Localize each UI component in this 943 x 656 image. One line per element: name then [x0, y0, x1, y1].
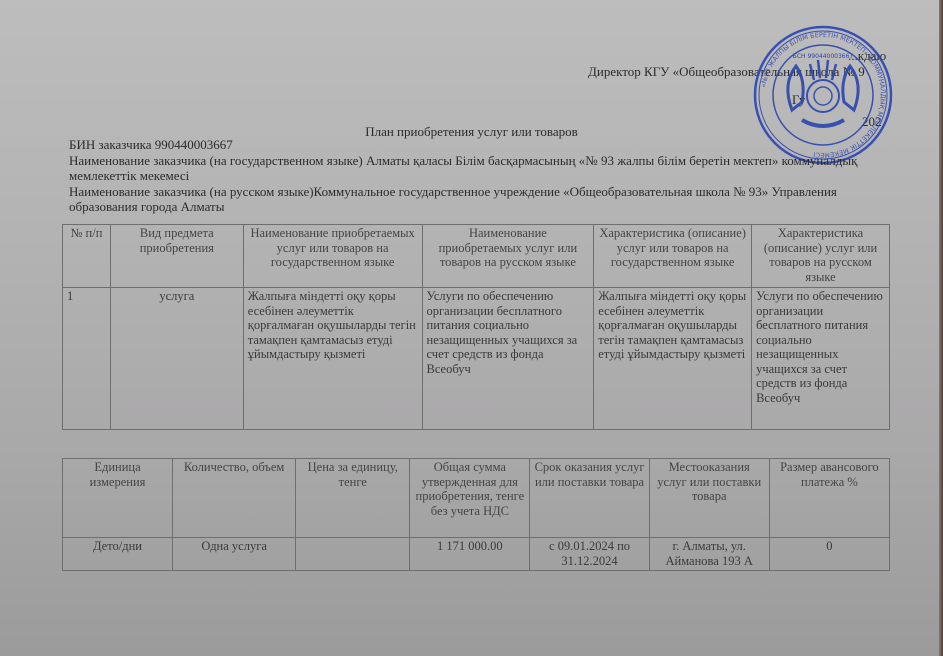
customer-name-state-language: Наименование заказчика (на государственн… — [69, 153, 889, 184]
table-row: 1 услуга Жалпыға міндетті оқу қоры есебі… — [63, 288, 890, 430]
header-unit: Единица измерения — [63, 459, 173, 538]
table-header-row: № п/п Вид предмета приобретения Наименов… — [63, 225, 890, 288]
cell-advance-payment: 0 — [769, 538, 889, 571]
header-name-russian: Наименование приобретаемых услуг или тов… — [422, 225, 594, 288]
cell-item-type: услуга — [110, 288, 243, 430]
customer-bin: БИН заказчика 990440003667 — [69, 137, 889, 153]
cell-number: 1 — [63, 288, 111, 430]
customer-name-russian: Наименование заказчика (на русском языке… — [69, 184, 889, 215]
header-advance-payment: Размер авансового платежа % — [769, 459, 889, 538]
paper-edge — [939, 0, 943, 656]
cell-total-amount: 1 171 000.00 — [410, 538, 530, 571]
header-name-state: Наименование приобретаемых услуг или тов… — [243, 225, 422, 288]
header-number: № п/п — [63, 225, 111, 288]
cell-description-state: Жалпыға міндетті оқу қоры есебінен әлеум… — [594, 288, 752, 430]
header-delivery-place: Местооказания услуг или поставки товара — [649, 459, 769, 538]
items-table: № п/п Вид предмета приобретения Наименов… — [62, 224, 890, 430]
customer-info: БИН заказчика 990440003667 Наименование … — [69, 137, 889, 215]
cell-delivery-place: г. Алматы, ул. Айманова 193 А — [649, 538, 769, 571]
header-delivery-period: Срок оказания услуг или поставки товара — [530, 459, 649, 538]
header-item-type: Вид предмета приобретения — [110, 225, 243, 288]
cell-name-russian: Услуги по обеспечению организации беспла… — [422, 288, 594, 430]
header-description-russian: Характеристика (описание) услуг или това… — [752, 225, 890, 288]
header-unit-price: Цена за единицу, тенге — [296, 459, 410, 538]
table-header-row: Единица измерения Количество, объем Цена… — [63, 459, 890, 538]
header-total-amount: Общая сумма утвержденная для приобретени… — [410, 459, 530, 538]
cell-description-russian: Услуги по обеспечению организации беспла… — [752, 288, 890, 430]
pricing-table: Единица измерения Количество, объем Цена… — [62, 458, 890, 571]
table-row: Дето/дни Одна услуга 1 171 000.00 с 09.0… — [63, 538, 890, 571]
svg-text:БСН 990440003667: БСН 990440003667 — [793, 53, 854, 60]
cell-quantity: Одна услуга — [172, 538, 295, 571]
header-description-state: Характеристика (описание) услуг или това… — [594, 225, 752, 288]
cell-unit-price — [296, 538, 410, 571]
cell-name-state: Жалпыға міндетті оқу қоры есебінен әлеум… — [243, 288, 422, 430]
cell-delivery-period: с 09.01.2024 по 31.12.2024 — [530, 538, 649, 571]
header-quantity: Количество, объем — [172, 459, 295, 538]
cell-unit: Дето/дни — [63, 538, 173, 571]
